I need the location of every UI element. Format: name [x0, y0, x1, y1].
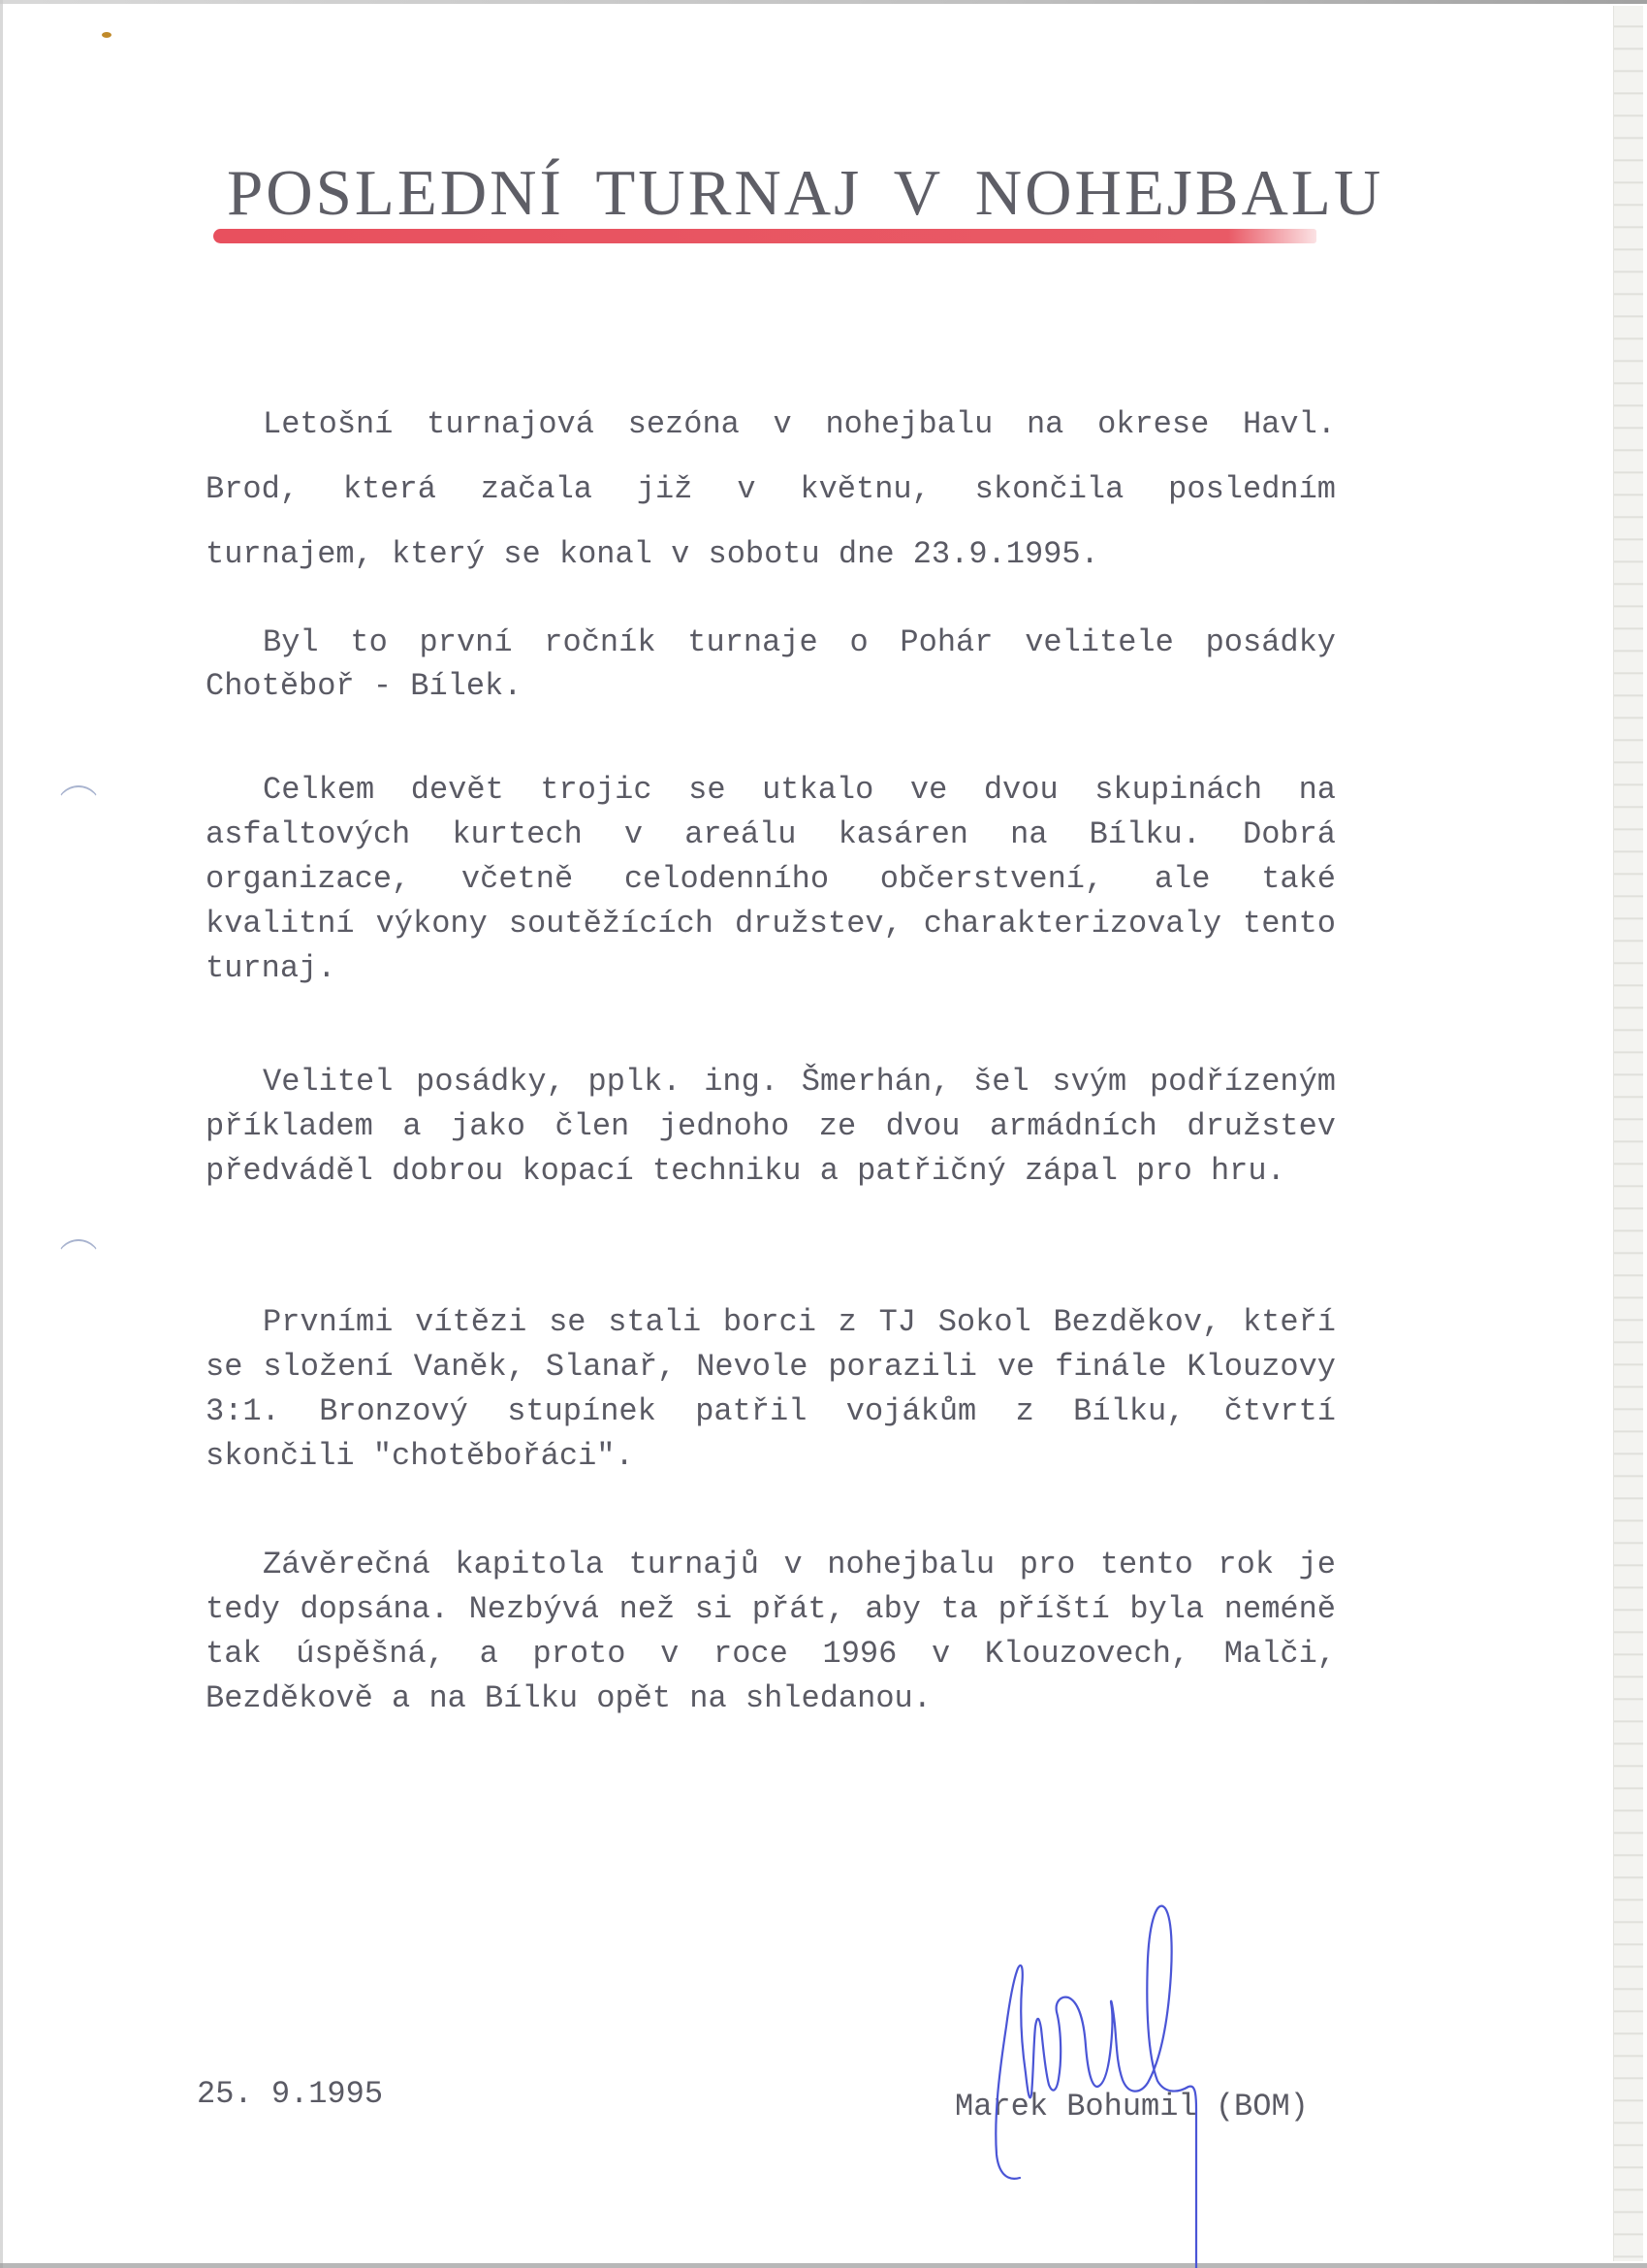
page-left-edge	[0, 0, 3, 2268]
ink-stain	[102, 32, 111, 38]
paragraph: Letošní turnajová sezóna v nohejbalu na …	[206, 392, 1336, 587]
paragraph: Byl to první ročník turnaje o Pohár veli…	[206, 621, 1336, 708]
paragraph-text: Prvními vítězi se stali borci z TJ Sokol…	[206, 1300, 1336, 1479]
paragraph: Velitel posádky, pplk. ing. Šmerhán, šel…	[206, 1060, 1336, 1194]
page-bottom-edge	[0, 2263, 1647, 2268]
binder-strip	[1613, 6, 1643, 2261]
punch-hole-mark	[56, 785, 101, 830]
document-title: POSLEDNÍ TURNAJ V NOHEJBALU	[227, 161, 1383, 226]
paragraph-text: Závěrečná kapitola turnajů v nohejbalu p…	[206, 1543, 1336, 1721]
paragraph-text: Celkem devět trojic se utkalo ve dvou sk…	[206, 768, 1336, 991]
punch-hole-mark	[56, 1239, 101, 1284]
handwritten-signature-icon	[950, 1901, 1270, 2268]
paragraph-text: Letošní turnajová sezóna v nohejbalu na …	[206, 392, 1336, 587]
scanned-page: POSLEDNÍ TURNAJ V NOHEJBALU Letošní turn…	[0, 0, 1647, 2268]
paragraph-text: Velitel posádky, pplk. ing. Šmerhán, šel…	[206, 1060, 1336, 1194]
title-highlight-underline	[213, 229, 1316, 243]
paragraph-text: Byl to první ročník turnaje o Pohár veli…	[206, 621, 1336, 708]
page-top-edge	[0, 0, 1647, 4]
document-date: 25. 9.1995	[197, 2076, 383, 2112]
paragraph: Závěrečná kapitola turnajů v nohejbalu p…	[206, 1543, 1336, 1721]
paragraph: Celkem devět trojic se utkalo ve dvou sk…	[206, 768, 1336, 991]
paragraph: Prvními vítězi se stali borci z TJ Sokol…	[206, 1300, 1336, 1479]
